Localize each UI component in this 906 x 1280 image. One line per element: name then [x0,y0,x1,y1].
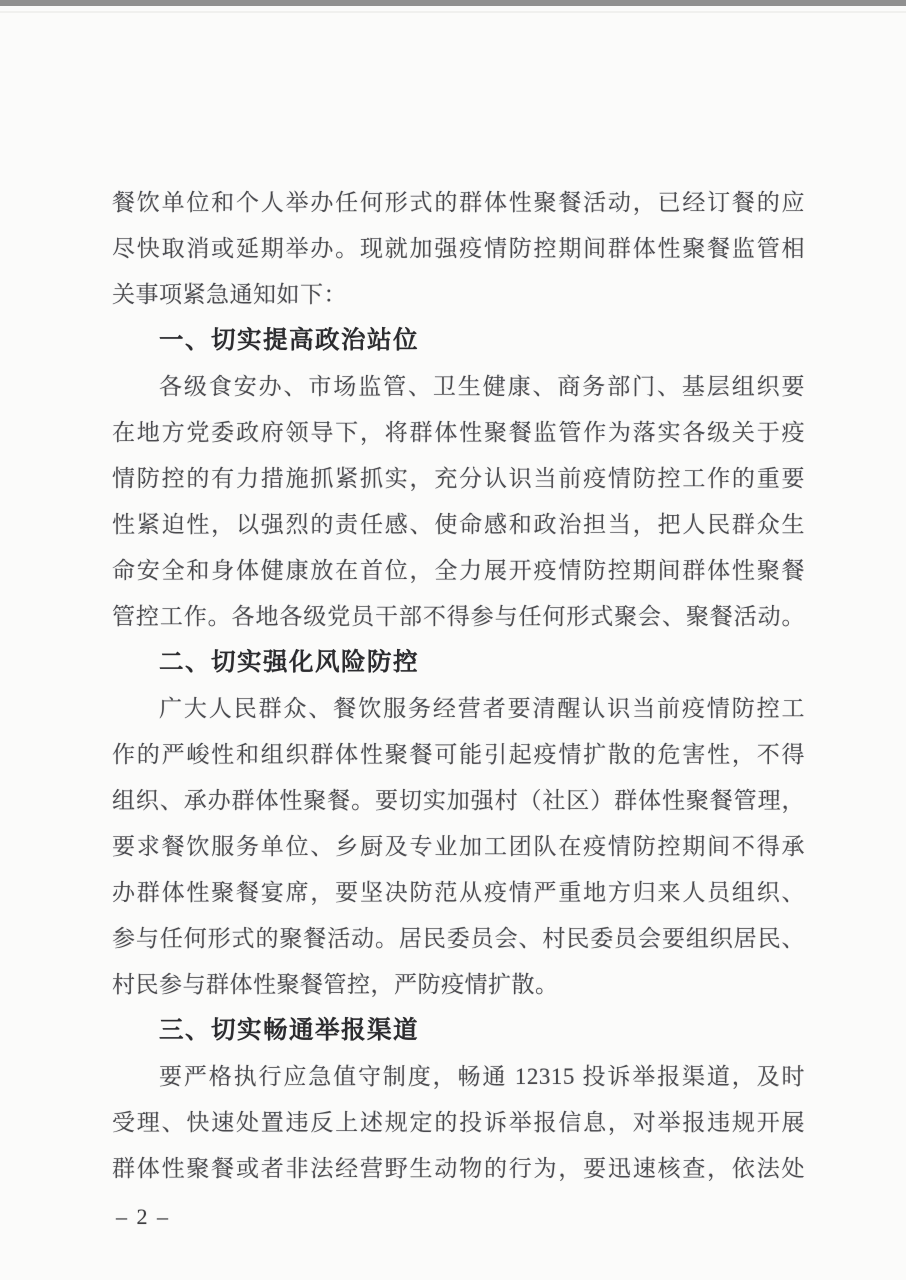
text-line: 受理、快速处置违反上述规定的投诉举报信息，对举报违规开展 [112,1100,805,1146]
text-line: 尽快取消或延期举办。现就加强疫情防控期间群体性聚餐监管相 [112,226,805,272]
section-heading: 二、切实强化风险防控 [112,640,805,686]
text-line: 参与任何形式的聚餐活动。居民委员会、村民委员会要组织居民、 [112,916,805,962]
text-line: 作的严峻性和组织群体性聚餐可能引起疫情扩散的危害性，不得 [112,732,805,778]
text-line: 要求餐饮服务单位、乡厨及专业加工团队在疫情防控期间不得承 [112,824,805,870]
text-line: 关事项紧急通知如下： [112,272,805,318]
text-line: 命安全和身体健康放在首位，全力展开疫情防控期间群体性聚餐 [112,548,805,594]
scan-artifact-line [0,11,906,13]
text-line: 要严格执行应急值守制度，畅通 12315 投诉举报渠道，及时 [112,1054,805,1100]
text-line: 办群体性聚餐宴席，要坚决防范从疫情严重地方归来人员组织、 [112,870,805,916]
section-heading: 一、切实提高政治站位 [112,318,805,364]
document-body: 餐饮单位和个人举办任何形式的群体性聚餐活动，已经订餐的应尽快取消或延期举办。现就… [112,180,805,1192]
section-heading: 三、切实畅通举报渠道 [112,1008,805,1054]
page-number: – 2 – [116,1202,170,1232]
text-line: 管控工作。各地各级党员干部不得参与任何形式聚会、聚餐活动。 [112,594,805,640]
text-line: 村民参与群体性聚餐管控，严防疫情扩散。 [112,962,805,1008]
scanner-edge-bar [0,0,906,6]
document-page: 餐饮单位和个人举办任何形式的群体性聚餐活动，已经订餐的应尽快取消或延期举办。现就… [0,0,906,1280]
text-line: 在地方党委政府领导下，将群体性聚餐监管作为落实各级关于疫 [112,410,805,456]
text-line: 情防控的有力措施抓紧抓实，充分认识当前疫情防控工作的重要 [112,456,805,502]
text-line: 广大人民群众、餐饮服务经营者要清醒认识当前疫情防控工 [112,686,805,732]
text-line: 性紧迫性，以强烈的责任感、使命感和政治担当，把人民群众生 [112,502,805,548]
text-line: 群体性聚餐或者非法经营野生动物的行为，要迅速核查，依法处 [112,1146,805,1192]
text-line: 组织、承办群体性聚餐。要切实加强村（社区）群体性聚餐管理， [112,778,805,824]
text-line: 各级食安办、市场监管、卫生健康、商务部门、基层组织要 [112,364,805,410]
text-line: 餐饮单位和个人举办任何形式的群体性聚餐活动，已经订餐的应 [112,180,805,226]
